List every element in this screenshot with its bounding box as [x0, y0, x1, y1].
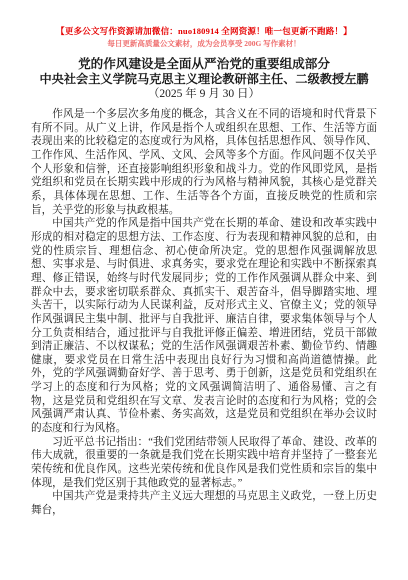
document-page: 【更多公文写作资源请加微信：nuo180914 全网资源！唯一包更新不跑路！】 … — [0, 0, 408, 580]
body-paragraph: 中国共产党的作风是指中国共产党在长期的革命、建设和改革实践中形成的相对稳定的思想… — [31, 217, 377, 436]
document-title: 党的作风建设是全面从严治党的重要组成部分 — [0, 57, 408, 71]
ad-text-line-1: 【更多公文写作资源请加微信：nuo180914 全网资源！唯一包更新不跑路！】 — [0, 26, 408, 37]
body-paragraph: 作风是一个多层次多角度的概念，其含义在不同的语境和时代背景下有所不同。从广义上讲… — [31, 108, 377, 217]
document-author-line: 中央社会主义学院马克思主义理论教研部主任、二级教授左鹏 — [0, 72, 408, 86]
ad-text-line-2: 每日更新高质量公文素材，成为会员享受 200G 写作素材！ — [0, 39, 408, 49]
body-paragraph: 习近平总书记指出：“我们党团结带领人民取得了革命、建设、改革的伟大成就，很重要的… — [31, 436, 377, 491]
document-body: 作风是一个多层次多角度的概念，其含义在不同的语境和时代背景下有所不同。从广义上讲… — [31, 108, 377, 518]
body-paragraph: 中国共产党是秉持共产主义远大理想的马克思主义政党，一登上历史舞台， — [31, 490, 377, 517]
title-block: 党的作风建设是全面从严治党的重要组成部分 中央社会主义学院马克思主义理论教研部主… — [0, 57, 408, 101]
header-ad-block: 【更多公文写作资源请加微信：nuo180914 全网资源！唯一包更新不跑路！】 … — [0, 0, 408, 49]
document-date: （2025 年 9 月 30 日） — [0, 88, 408, 101]
